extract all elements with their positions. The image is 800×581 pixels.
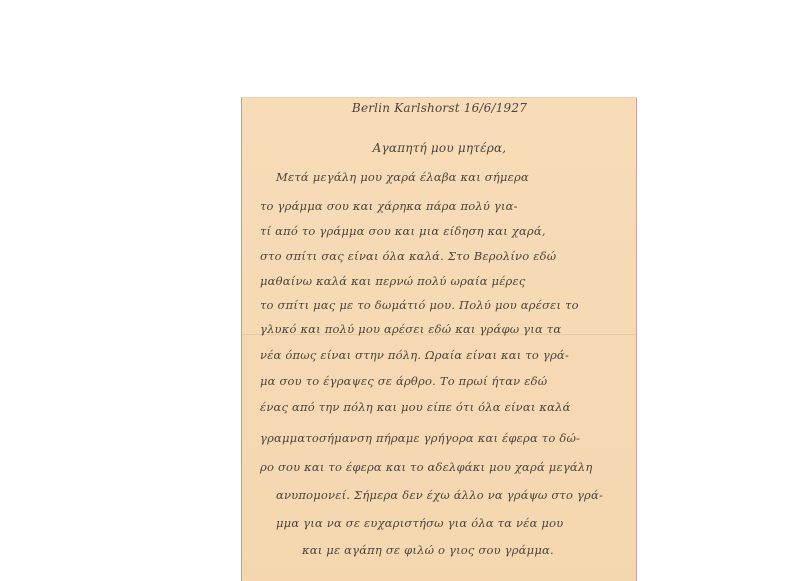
letter-line: ρο σου και το έφερα και το αδελφάκι μου … (242, 460, 637, 474)
letter-line: και με αγάπη σε φιλώ ο γιος σου γράμμα. (242, 543, 637, 557)
letter-line: ανυπομονεί. Σήμερα δεν έχω άλλο να γράψω… (242, 488, 637, 502)
letter-line: νέα όπως είναι στην πόλη. Ωραία είναι κα… (242, 348, 637, 362)
letter-line: το σπίτι μας με το δωμάτιό μου. Πολύ μου… (242, 298, 637, 312)
letter-line: ένας από την πόλη και μου είπε ότι όλα ε… (242, 400, 637, 414)
letter-line: μα σου το έγραψες σε άρθρο. Το πρωί ήταν… (242, 374, 637, 388)
letter-page: Berlin Karlshorst 16/6/1927 Αγαπητή μου … (241, 97, 637, 581)
letter-line: γραμματοσήμανση πήραμε γρήγορα και έφερα… (242, 431, 637, 445)
letter-salutation: Αγαπητή μου μητέρα, (242, 141, 637, 155)
letter-line: μμα για να σε ευχαριστήσω για όλα τα νέα… (242, 516, 637, 530)
letter-line: το γράμμα σου και χάρηκα πάρα πολύ για- (242, 199, 637, 213)
letter-line: γλυκό και πολύ μου αρέσει εδώ και γράφω … (242, 322, 637, 336)
letter-line: Μετά μεγάλη μου χαρά έλαβα και σήμερα (242, 170, 637, 184)
letter-place-date: Berlin Karlshorst 16/6/1927 (242, 101, 637, 115)
letter-line: τί από το γράμμα σου και μια είδηση και … (242, 224, 637, 238)
letter-line: μαθαίνω καλά και περνώ πολύ ωραία μέρες (242, 274, 637, 288)
letter-line: στο σπίτι σας είναι όλα καλά. Στο Βερολί… (242, 249, 637, 263)
